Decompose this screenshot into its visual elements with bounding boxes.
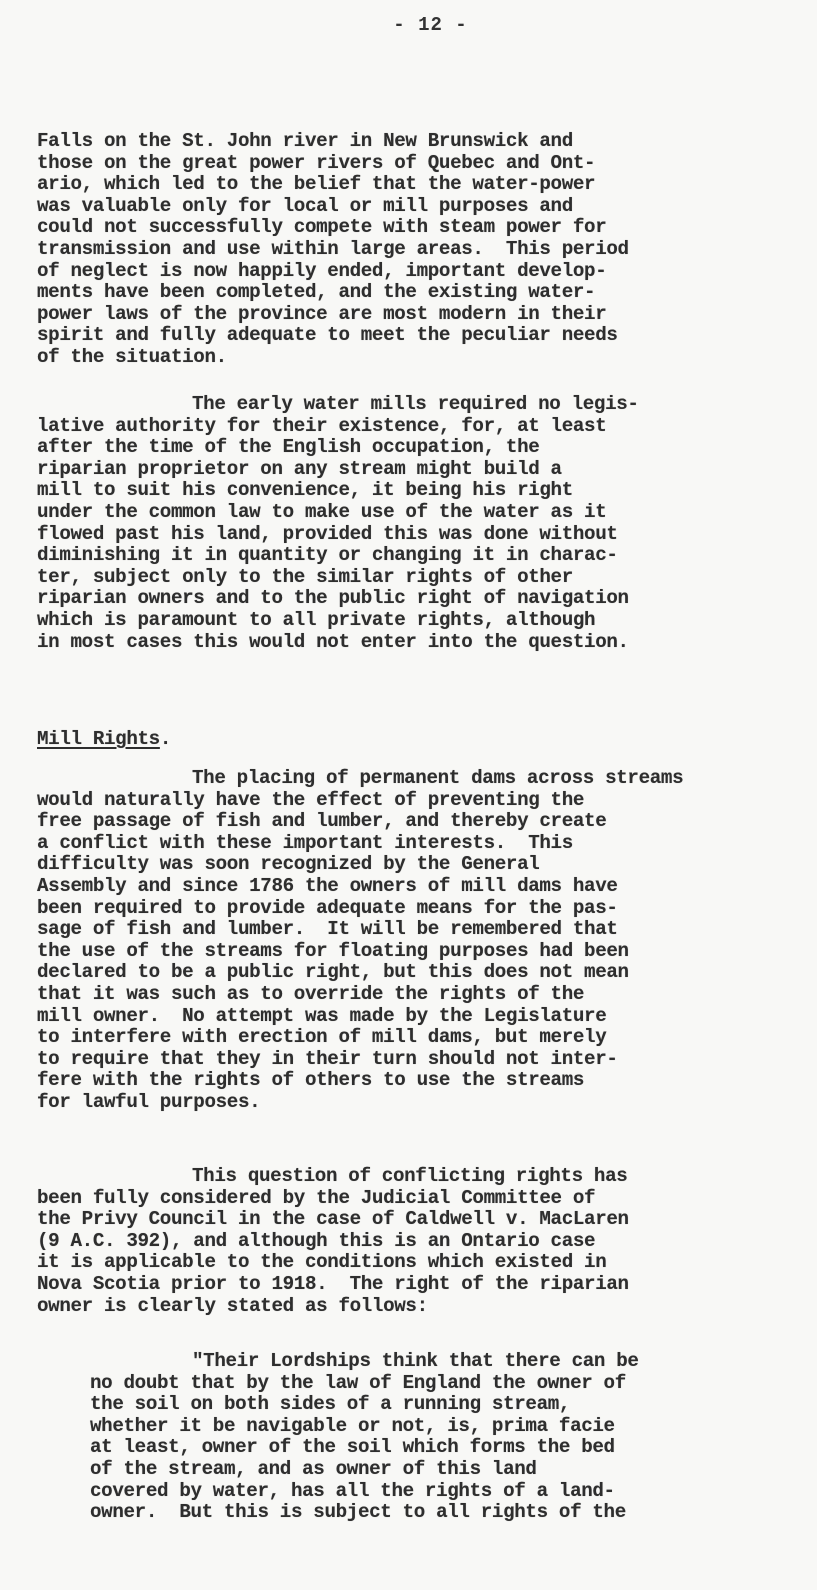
text-line: that it was such as to override the righ… — [37, 984, 683, 1006]
text-line: Falls on the St. John river in New Bruns… — [37, 131, 629, 153]
text-line: it is applicable to the conditions which… — [37, 1252, 629, 1274]
text-line: The placing of permanent dams across str… — [37, 768, 683, 790]
text-line: free passage of fish and lumber, and the… — [37, 811, 683, 833]
text-line: sage of fish and lumber. It will be reme… — [37, 919, 683, 941]
text-line: been required to provide adequate means … — [37, 898, 683, 920]
text-line: fere with the rights of others to use th… — [37, 1070, 683, 1092]
text-line: which is paramount to all private rights… — [37, 610, 639, 632]
text-line: the Privy Council in the case of Caldwel… — [37, 1209, 629, 1231]
text-line: of neglect is now happily ended, importa… — [37, 261, 629, 283]
text-line: to interfere with erection of mill dams,… — [37, 1027, 683, 1049]
document-page: - 12 - Falls on the St. John river in Ne… — [0, 0, 817, 1590]
text-line: would naturally have the effect of preve… — [37, 790, 683, 812]
text-line: in most cases this would not enter into … — [37, 632, 639, 654]
text-line: of the situation. — [37, 347, 629, 369]
text-line: ter, subject only to the similar rights … — [37, 567, 639, 589]
text-line: owner. But this is subject to all rights… — [90, 1502, 639, 1524]
text-line: after the time of the English occupation… — [37, 437, 639, 459]
text-line: "Their Lordships think that there can be — [90, 1351, 639, 1373]
text-line: a conflict with these important interest… — [37, 833, 683, 855]
page-number: - 12 - — [0, 14, 817, 36]
heading-punct: . — [160, 728, 171, 750]
text-line: owner is clearly stated as follows: — [37, 1296, 629, 1318]
text-line: declared to be a public right, but this … — [37, 962, 683, 984]
text-line: riparian proprietor on any stream might … — [37, 459, 639, 481]
text-line: mill to suit his convenience, it being h… — [37, 480, 639, 502]
text-line: transmission and use within large areas.… — [37, 239, 629, 261]
text-line: for lawful purposes. — [37, 1092, 683, 1114]
block-quote-lordships: "Their Lordships think that there can be… — [90, 1351, 639, 1524]
text-line: The early water mills required no legis- — [37, 394, 639, 416]
text-line: those on the great power rivers of Quebe… — [37, 153, 629, 175]
text-line: been fully considered by the Judicial Co… — [37, 1188, 629, 1210]
text-line: under the common law to make use of the … — [37, 502, 639, 524]
paragraph-early-water-mills: The early water mills required no legis-… — [37, 394, 639, 653]
text-line: covered by water, has all the rights of … — [90, 1481, 639, 1503]
text-line: Nova Scotia prior to 1918. The right of … — [37, 1274, 629, 1296]
text-line: lative authority for their existence, fo… — [37, 416, 639, 438]
text-line: could not successfully compete with stea… — [37, 217, 629, 239]
text-line: spirit and fully adequate to meet the pe… — [37, 325, 629, 347]
heading-text: Mill Rights — [37, 728, 160, 750]
text-line: ario, which led to the belief that the w… — [37, 174, 629, 196]
text-line: the use of the streams for floating purp… — [37, 941, 683, 963]
text-line: mill owner. No attempt was made by the L… — [37, 1006, 683, 1028]
text-line: difficulty was soon recognized by the Ge… — [37, 854, 683, 876]
section-heading-mill-rights: Mill Rights. — [37, 728, 171, 750]
text-line: (9 A.C. 392), and although this is an On… — [37, 1231, 629, 1253]
text-line: Assembly and since 1786 the owners of mi… — [37, 876, 683, 898]
text-line: no doubt that by the law of England the … — [90, 1373, 639, 1395]
text-line: of the stream, and as owner of this land — [90, 1459, 639, 1481]
text-line: to require that they in their turn shoul… — [37, 1049, 683, 1071]
paragraph-conflicting-rights: This question of conflicting rights hasb… — [37, 1166, 629, 1317]
text-line: the soil on both sides of a running stre… — [90, 1394, 639, 1416]
text-line: diminishing it in quantity or changing i… — [37, 545, 639, 567]
text-line: ments have been completed, and the exist… — [37, 282, 629, 304]
paragraph-permanent-dams: The placing of permanent dams across str… — [37, 768, 683, 1114]
text-line: riparian owners and to the public right … — [37, 588, 639, 610]
text-line: power laws of the province are most mode… — [37, 304, 629, 326]
text-line: This question of conflicting rights has — [37, 1166, 629, 1188]
text-line: whether it be navigable or not, is, prim… — [90, 1416, 639, 1438]
paragraph-falls-neglect: Falls on the St. John river in New Bruns… — [37, 131, 629, 369]
text-line: at least, owner of the soil which forms … — [90, 1437, 639, 1459]
text-line: flowed past his land, provided this was … — [37, 524, 639, 546]
text-line: was valuable only for local or mill purp… — [37, 196, 629, 218]
